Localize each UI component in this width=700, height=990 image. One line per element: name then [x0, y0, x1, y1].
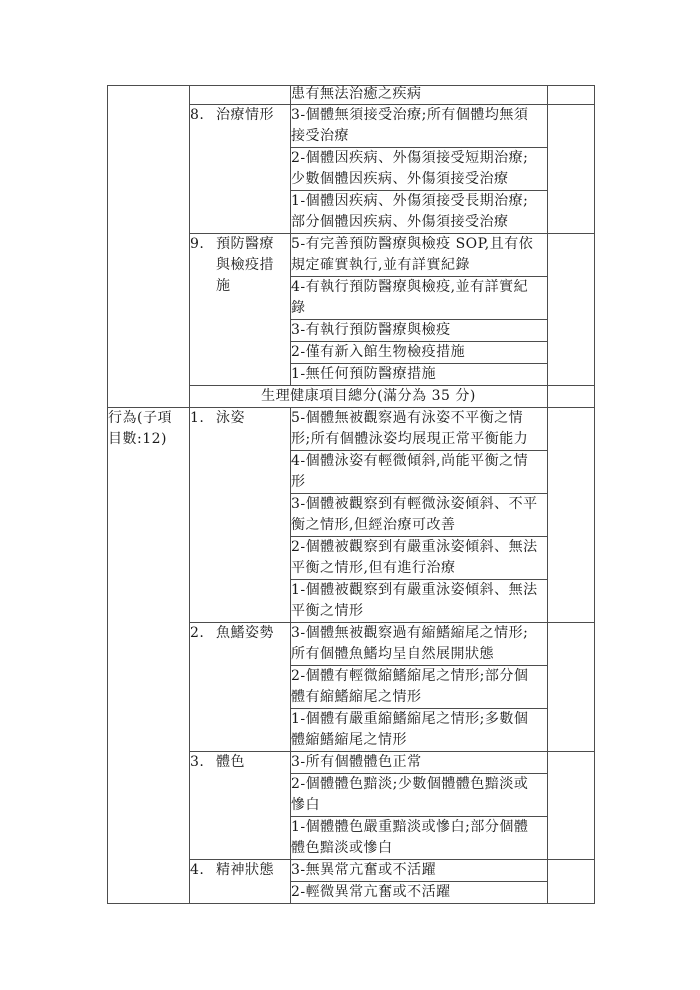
item-number: 2. — [190, 623, 216, 644]
item-cell: 9.預防醫療與檢疫措施 — [190, 234, 291, 386]
criterion-cell: 3-個體無須接受治療;所有個體均無須接受治療 — [291, 105, 548, 148]
criterion-cell: 3-所有個體體色正常 — [291, 752, 548, 774]
table-row: 患有無法治癒之疾病 — [108, 86, 595, 105]
criterion-cell: 2-個體被觀察到有嚴重泳姿傾斜、無法平衡之情形,但有進行治療 — [291, 537, 548, 580]
item-number: 1. — [190, 408, 216, 429]
item-cell-remnant — [190, 86, 291, 105]
table-row: 行為(子項目數:12)1.泳姿5-個體無被觀察過有泳姿不平衡之情形;所有個體泳姿… — [108, 408, 595, 451]
score-cell — [548, 86, 595, 105]
criterion-cell: 2-輕微異常亢奮或不活躍 — [291, 882, 548, 904]
item-label: 9.預防醫療與檢疫措施 — [190, 234, 290, 297]
criterion-cell: 1-個體體色嚴重黯淡或慘白;部分個體體色黯淡或慘白 — [291, 817, 548, 860]
section-total-cell: 生理健康項目總分(滿分為 35 分) — [190, 386, 548, 408]
criterion-cell: 2-僅有新入館生物檢疫措施 — [291, 342, 548, 364]
item-cell: 2.魚鰭姿勢 — [190, 623, 291, 752]
criterion-cell: 3-無異常亢奮或不活躍 — [291, 860, 548, 882]
score-cell — [548, 234, 595, 386]
score-cell — [548, 408, 595, 623]
category-cell: 行為(子項目數:12) — [108, 408, 190, 904]
item-number: 3. — [190, 752, 216, 773]
item-cell: 1.泳姿 — [190, 408, 291, 623]
criterion-cell: 3-個體無被觀察過有縮鰭縮尾之情形;所有個體魚鰭均呈自然展開狀態 — [291, 623, 548, 666]
criterion-cell: 2-個體體色黯淡;少數個體體色黯淡或慘白 — [291, 774, 548, 817]
score-cell — [548, 623, 595, 752]
criterion-cell: 2-個體因疾病、外傷須接受短期治療;少數個體因疾病、外傷須接受治療 — [291, 148, 548, 191]
assessment-table: 患有無法治癒之疾病8.治療情形3-個體無須接受治療;所有個體均無須接受治療2-個… — [107, 85, 595, 904]
category-cell — [108, 86, 190, 408]
item-number: 9. — [190, 234, 216, 297]
item-name: 體色 — [216, 752, 290, 773]
item-label: 1.泳姿 — [190, 408, 290, 429]
criterion-cell: 5-個體無被觀察過有泳姿不平衡之情形;所有個體泳姿均展現正常平衡能力 — [291, 408, 548, 451]
item-label: 4.精神狀態 — [190, 860, 290, 881]
item-name: 魚鰭姿勢 — [216, 623, 290, 644]
criterion-cell: 5-有完善預防醫療與檢疫 SOP,且有依規定確實執行,並有詳實紀錄 — [291, 234, 548, 277]
criterion-cell: 1-無任何預防醫療措施 — [291, 364, 548, 386]
item-cell: 3.體色 — [190, 752, 291, 860]
item-number: 8. — [190, 105, 216, 126]
scanned-document-page: 患有無法治癒之疾病8.治療情形3-個體無須接受治療;所有個體均無須接受治療2-個… — [0, 0, 700, 990]
score-cell — [548, 860, 595, 904]
item-cell: 4.精神狀態 — [190, 860, 291, 904]
score-cell — [548, 752, 595, 860]
score-cell — [548, 386, 595, 408]
item-number: 4. — [190, 860, 216, 881]
item-label: 3.體色 — [190, 752, 290, 773]
criterion-cell: 3-個體被觀察到有輕微泳姿傾斜、不平衡之情形,但經治療可改善 — [291, 494, 548, 537]
criterion-cell: 1-個體有嚴重縮鰭縮尾之情形;多數個體縮鰭縮尾之情形 — [291, 709, 548, 752]
criterion-cell: 4-個體泳姿有輕微傾斜,尚能平衡之情形 — [291, 451, 548, 494]
item-name: 精神狀態 — [216, 860, 290, 881]
criterion-cell: 患有無法治癒之疾病 — [291, 86, 548, 105]
criterion-cell: 4-有執行預防醫療與檢疫,並有詳實紀錄 — [291, 277, 548, 320]
item-label: 2.魚鰭姿勢 — [190, 623, 290, 644]
criterion-cell: 1-個體被觀察到有嚴重泳姿傾斜、無法平衡之情形 — [291, 580, 548, 623]
item-cell: 8.治療情形 — [190, 105, 291, 234]
item-name: 泳姿 — [216, 408, 290, 429]
item-name: 預防醫療與檢疫措施 — [216, 234, 290, 297]
item-label: 8.治療情形 — [190, 105, 290, 126]
score-cell — [548, 105, 595, 234]
assessment-table-body: 患有無法治癒之疾病8.治療情形3-個體無須接受治療;所有個體均無須接受治療2-個… — [108, 86, 595, 904]
criterion-cell: 2-個體有輕微縮鰭縮尾之情形;部分個體有縮鰭縮尾之情形 — [291, 666, 548, 709]
item-name: 治療情形 — [216, 105, 290, 126]
criterion-cell: 1-個體因疾病、外傷須接受長期治療;部分個體因疾病、外傷須接受治療 — [291, 191, 548, 234]
criterion-cell: 3-有執行預防醫療與檢疫 — [291, 320, 548, 342]
